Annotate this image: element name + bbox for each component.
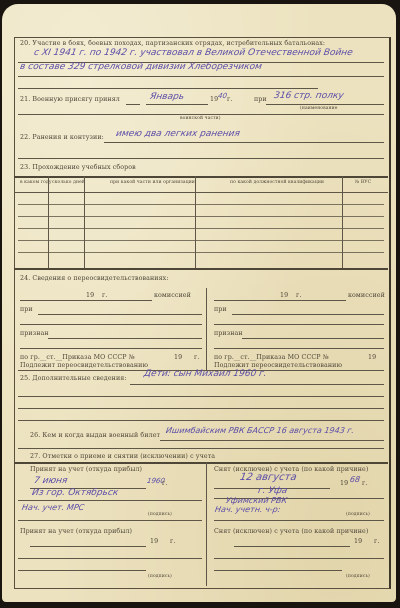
- recognized-r: признан: [214, 330, 243, 337]
- line: [20, 348, 202, 349]
- divider: [18, 88, 318, 89]
- sec26-label: 26. Кем и когда выдан военный билет: [30, 432, 160, 439]
- line: [20, 300, 152, 301]
- taken-label: Принят на учет (откуда прибыл): [30, 466, 142, 473]
- reexam: Подлежит переосвидетельствованию: [20, 362, 148, 369]
- injuries-line: [104, 142, 384, 143]
- taken2-label: Принят на учет (откуда прибыл): [20, 528, 132, 535]
- row-line: [18, 204, 384, 205]
- line: [160, 440, 384, 441]
- divider: [18, 448, 384, 449]
- line: [18, 396, 384, 397]
- order-year-r: 19: [368, 354, 376, 361]
- year-suffix2: г.: [170, 538, 176, 545]
- line: [30, 546, 146, 547]
- year-prefix2: 19: [150, 538, 158, 545]
- sec22-label: 22. Ранения и контузии:: [20, 134, 104, 141]
- sign-caption: (подпись): [148, 512, 172, 517]
- divider: [18, 158, 384, 159]
- removed-city: г. Уфа: [257, 486, 288, 496]
- sec20-line2: в составе 329 стрелковой дивизии Хлеборе…: [19, 62, 263, 72]
- table-top: [14, 176, 388, 178]
- th-unit: при какой части или организации: [110, 180, 195, 185]
- table-bottom: [14, 268, 388, 270]
- year-prefix-r: 19: [280, 292, 288, 299]
- commission-r: комиссией: [348, 292, 385, 299]
- line: [18, 420, 384, 421]
- line: [214, 558, 384, 559]
- line: [214, 324, 384, 325]
- th-qual: по какой должностной квалификации: [230, 180, 324, 185]
- th-vus: № ВУС: [355, 180, 371, 185]
- line: [130, 384, 384, 385]
- divider: [18, 114, 384, 115]
- at: при: [20, 306, 33, 313]
- th-year: в каком году: [20, 180, 52, 185]
- line: [214, 570, 342, 571]
- line: [214, 300, 346, 301]
- year-suffix-r: г.: [296, 292, 302, 299]
- line: [234, 546, 350, 547]
- sec20-label: 20. Участие в боях, боевых походах, парт…: [20, 40, 325, 47]
- sign-caption2: (подпись): [148, 574, 172, 579]
- sec21-year-suffix: г.: [227, 96, 233, 103]
- sec21-month: Январь: [149, 92, 185, 102]
- row-line: [18, 240, 384, 241]
- header-bottom: [14, 192, 388, 193]
- divider: [18, 76, 384, 77]
- sec25-value: Дети: сын Михаил 1960 г.: [143, 369, 267, 379]
- year-prefix: 19: [86, 292, 94, 299]
- sign-caption-r: (подпись): [346, 512, 370, 517]
- line: [18, 500, 202, 501]
- line: [48, 338, 202, 339]
- sec21-at: при: [254, 96, 267, 103]
- reexam-r: Подлежит переосвидетельствованию: [214, 362, 342, 369]
- day-line: [126, 104, 140, 105]
- sec25-label: 25. Дополнительные сведения:: [20, 375, 127, 382]
- sec27-label: 27. Отметки о приеме и снятии (исключени…: [30, 453, 215, 460]
- sec27-top: [14, 462, 388, 464]
- line: [18, 558, 202, 559]
- order: по гр.__ст.__Приказа МО СССР №: [20, 354, 135, 361]
- at-r: при: [214, 306, 227, 313]
- line: [18, 570, 146, 571]
- order-r: по гр.__ст.__Приказа МО СССР №: [214, 354, 329, 361]
- line: [214, 348, 384, 349]
- removed-year-prefix: 19: [340, 480, 348, 487]
- r-year-suffix2: г.: [374, 538, 380, 545]
- taken-date: 7 июня: [33, 476, 68, 486]
- taken-signature: Нач. учет. МРС: [21, 503, 85, 512]
- removed-year: 68: [349, 475, 361, 484]
- r-year-prefix2: 19: [354, 538, 362, 545]
- sec26-value: Ишимбайским РВК БАССР 16 августа 1943 г.: [165, 426, 355, 435]
- col-divider: [342, 176, 343, 268]
- col-divider: [195, 176, 196, 268]
- removed2-label: Снят (исключен) с учета (по какой причин…: [214, 528, 368, 535]
- th-days: сколько дней: [52, 180, 85, 185]
- sec21-label: 21. Военную присягу принял: [20, 96, 120, 103]
- order-year: 19: [174, 354, 182, 361]
- unit-line: [266, 104, 384, 105]
- col-divider: [84, 176, 85, 268]
- line: [18, 520, 202, 521]
- sec22-value: имею два легких ранения: [115, 129, 241, 139]
- taken-year-suffix: г.: [162, 480, 168, 487]
- line: [214, 520, 384, 521]
- half-divider: [206, 462, 207, 586]
- half-divider: [206, 288, 207, 370]
- unit-caption2: воинской части): [180, 116, 221, 121]
- removed-rvk: Уфимский РВК: [225, 496, 288, 505]
- removed-year-suffix: г.: [362, 480, 368, 487]
- commission: комиссией: [154, 292, 191, 299]
- row-line: [18, 228, 384, 229]
- line: [20, 324, 202, 325]
- unit-caption: (наименование: [300, 106, 338, 111]
- sign-caption2-r: (подпись): [346, 574, 370, 579]
- line: [242, 338, 384, 339]
- recognized: признан: [20, 330, 49, 337]
- order-suffix: г.: [194, 354, 200, 361]
- line: [232, 314, 384, 315]
- year-suffix: г.: [102, 292, 108, 299]
- sec24-label: 24. Сведения о переосвидетельствованиях:: [20, 275, 169, 282]
- removed-date: 12 августа: [239, 472, 298, 483]
- sec23-label: 23. Прохождение учебных сборов: [20, 164, 136, 171]
- taken-from: Из гор. Октябрьск: [31, 488, 119, 498]
- sec21-unit: 316 стр. полку: [273, 91, 344, 101]
- row-line: [18, 216, 384, 217]
- removed-signature: Нач. учетн. ч-р:: [214, 505, 281, 514]
- col-divider: [48, 176, 49, 268]
- line: [38, 314, 202, 315]
- row-line: [18, 252, 384, 253]
- month-line: [146, 104, 208, 105]
- sec20-line1: с XI 1941 г. по 1942 г. участвовал в Вел…: [33, 48, 353, 58]
- line: [18, 408, 384, 409]
